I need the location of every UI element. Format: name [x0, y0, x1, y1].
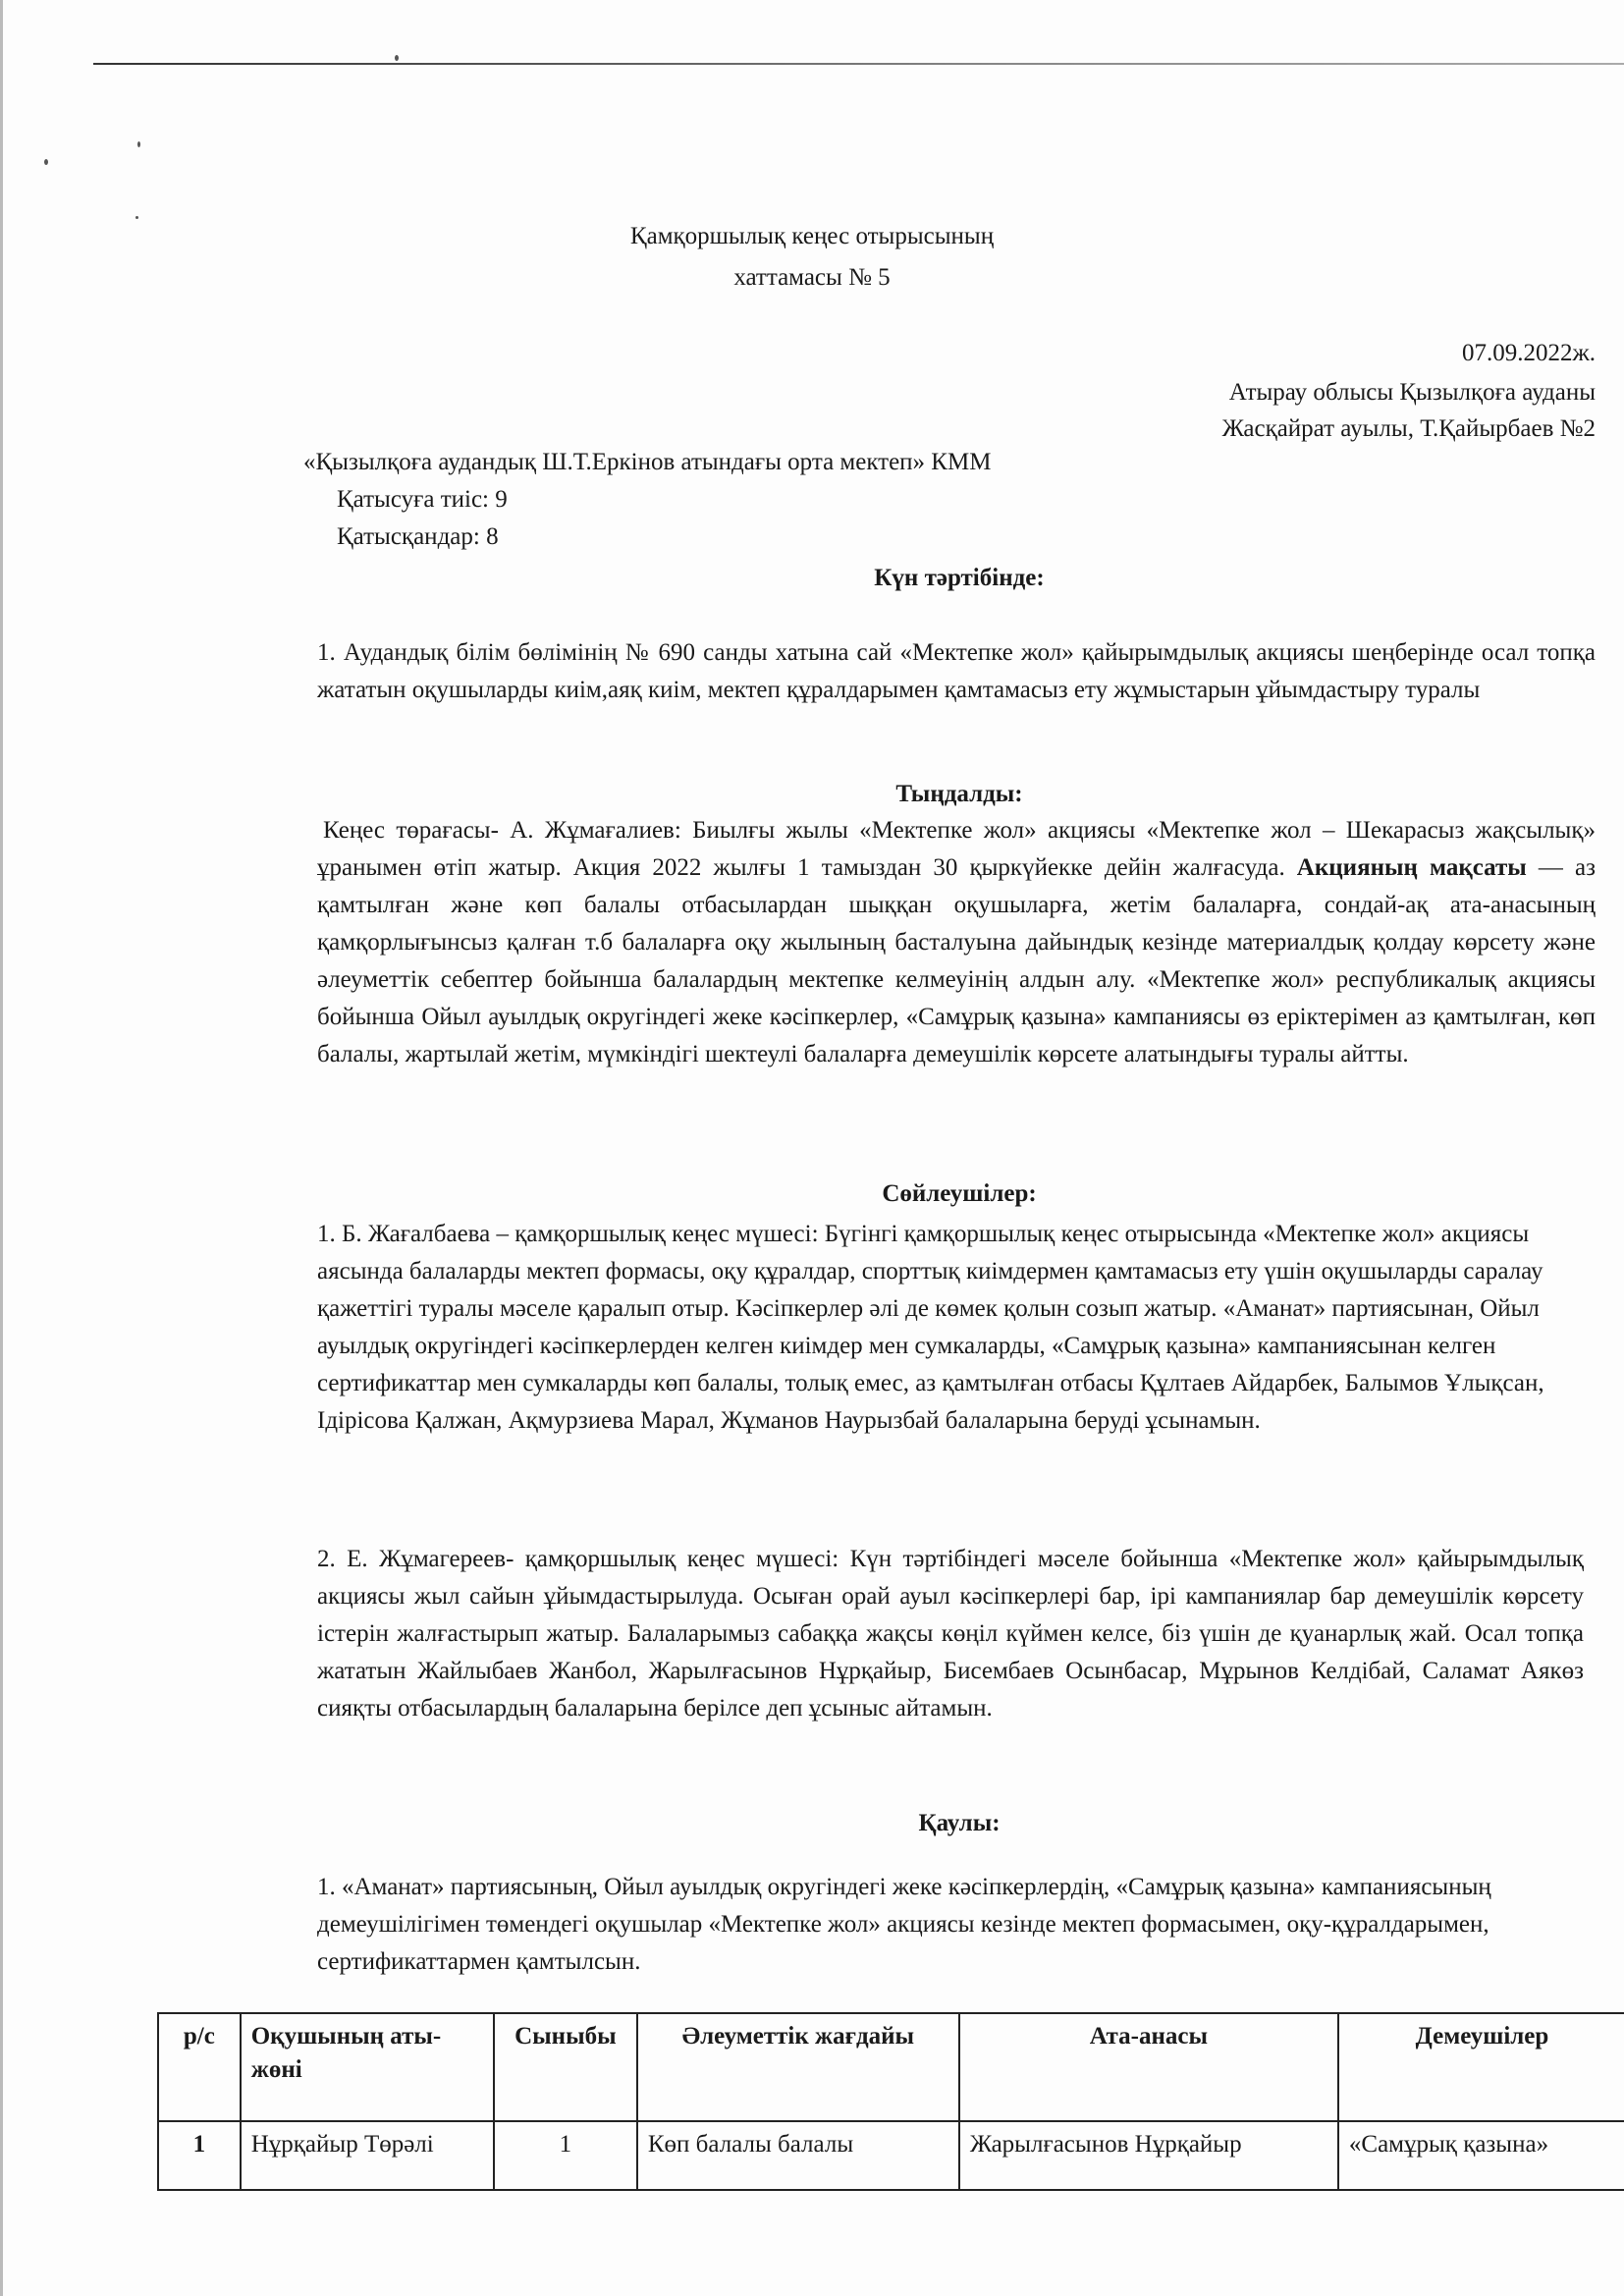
attended-count: Қатысқандар: 8: [337, 519, 499, 556]
speaker-2-statement: 2. Е. Жұмагереев- қамқоршылық кеңес мүше…: [317, 1541, 1584, 1727]
speaker-1-statement: 1. Б. Жағалбаева – қамқоршылық кеңес мүш…: [317, 1216, 1584, 1440]
speakers-heading: Сөйлеушілер:: [295, 1175, 1624, 1213]
cell-number: 1: [158, 2121, 241, 2190]
students-table: р/с Оқушының аты-жөні Сыныбы Әлеуметтік …: [157, 2012, 1624, 2191]
heard-heading: Тыңдалды:: [295, 776, 1624, 813]
col-header-social-status: Әлеуметтік жағдайы: [637, 2013, 959, 2121]
heard-text-part2: — аз қамтылған және көп балалы отбасылар…: [317, 854, 1596, 1067]
cell-student-name: Нұрқайыр Төрәлі: [241, 2121, 494, 2190]
cell-social-status: Көп балалы балалы: [637, 2121, 959, 2190]
campaign-goal-label: Акцияның мақсаты: [1297, 854, 1527, 881]
should-attend-count: Қатысуға тиіс: 9: [337, 481, 508, 519]
address-line1: Атырау облысы Қызылқоға ауданы: [1229, 374, 1596, 411]
heard-paragraph: Кеңес төрағасы- А. Жұмағалиев: Биылғы жы…: [317, 812, 1596, 1073]
top-rule: [93, 63, 1624, 65]
resolution-item-1: 1. «Аманат» партиясының, Ойыл ауылдық ок…: [317, 1869, 1584, 1981]
agenda-item-1: 1. Аудандық білім бөлімінің № 690 санды …: [317, 634, 1596, 709]
doc-date: 07.09.2022ж.: [1462, 335, 1596, 372]
cell-grade: 1: [494, 2121, 637, 2190]
table-header-row: р/с Оқушының аты-жөні Сыныбы Әлеуметтік …: [158, 2013, 1624, 2121]
doc-title-line2: хаттамасы № 5: [0, 259, 1624, 297]
scan-edge: [0, 0, 3, 2296]
scan-speck: [395, 55, 399, 61]
resolution-heading: Қаулы:: [295, 1805, 1624, 1842]
table-row: 1 Нұрқайыр Төрәлі 1 Көп балалы балалы Жа…: [158, 2121, 1624, 2190]
col-header-student-name: Оқушының аты-жөні: [241, 2013, 494, 2121]
col-header-parents: Ата-анасы: [959, 2013, 1338, 2121]
scan-speck: [137, 141, 140, 147]
col-header-number: р/с: [158, 2013, 241, 2121]
organization-name: «Қызылқоға аудандық Ш.Т.Еркінов атындағы…: [303, 444, 991, 481]
scan-speck: [44, 159, 48, 165]
address-line2: Жасқайрат ауылы, Т.Қайырбаев №2: [1222, 410, 1596, 448]
doc-title-line1: Қамқоршылық кеңес отырысының: [0, 218, 1624, 255]
col-header-sponsors: Демеушілер: [1338, 2013, 1624, 2121]
agenda-heading: Күн тәртібінде:: [295, 560, 1624, 597]
cell-parents: Жарылғасынов Нұрқайыр: [959, 2121, 1338, 2190]
col-header-grade: Сыныбы: [494, 2013, 637, 2121]
cell-sponsors: «Самұрық қазына»: [1338, 2121, 1624, 2190]
scanned-page: Қамқоршылық кеңес отырысының хаттамасы №…: [0, 0, 1624, 2296]
